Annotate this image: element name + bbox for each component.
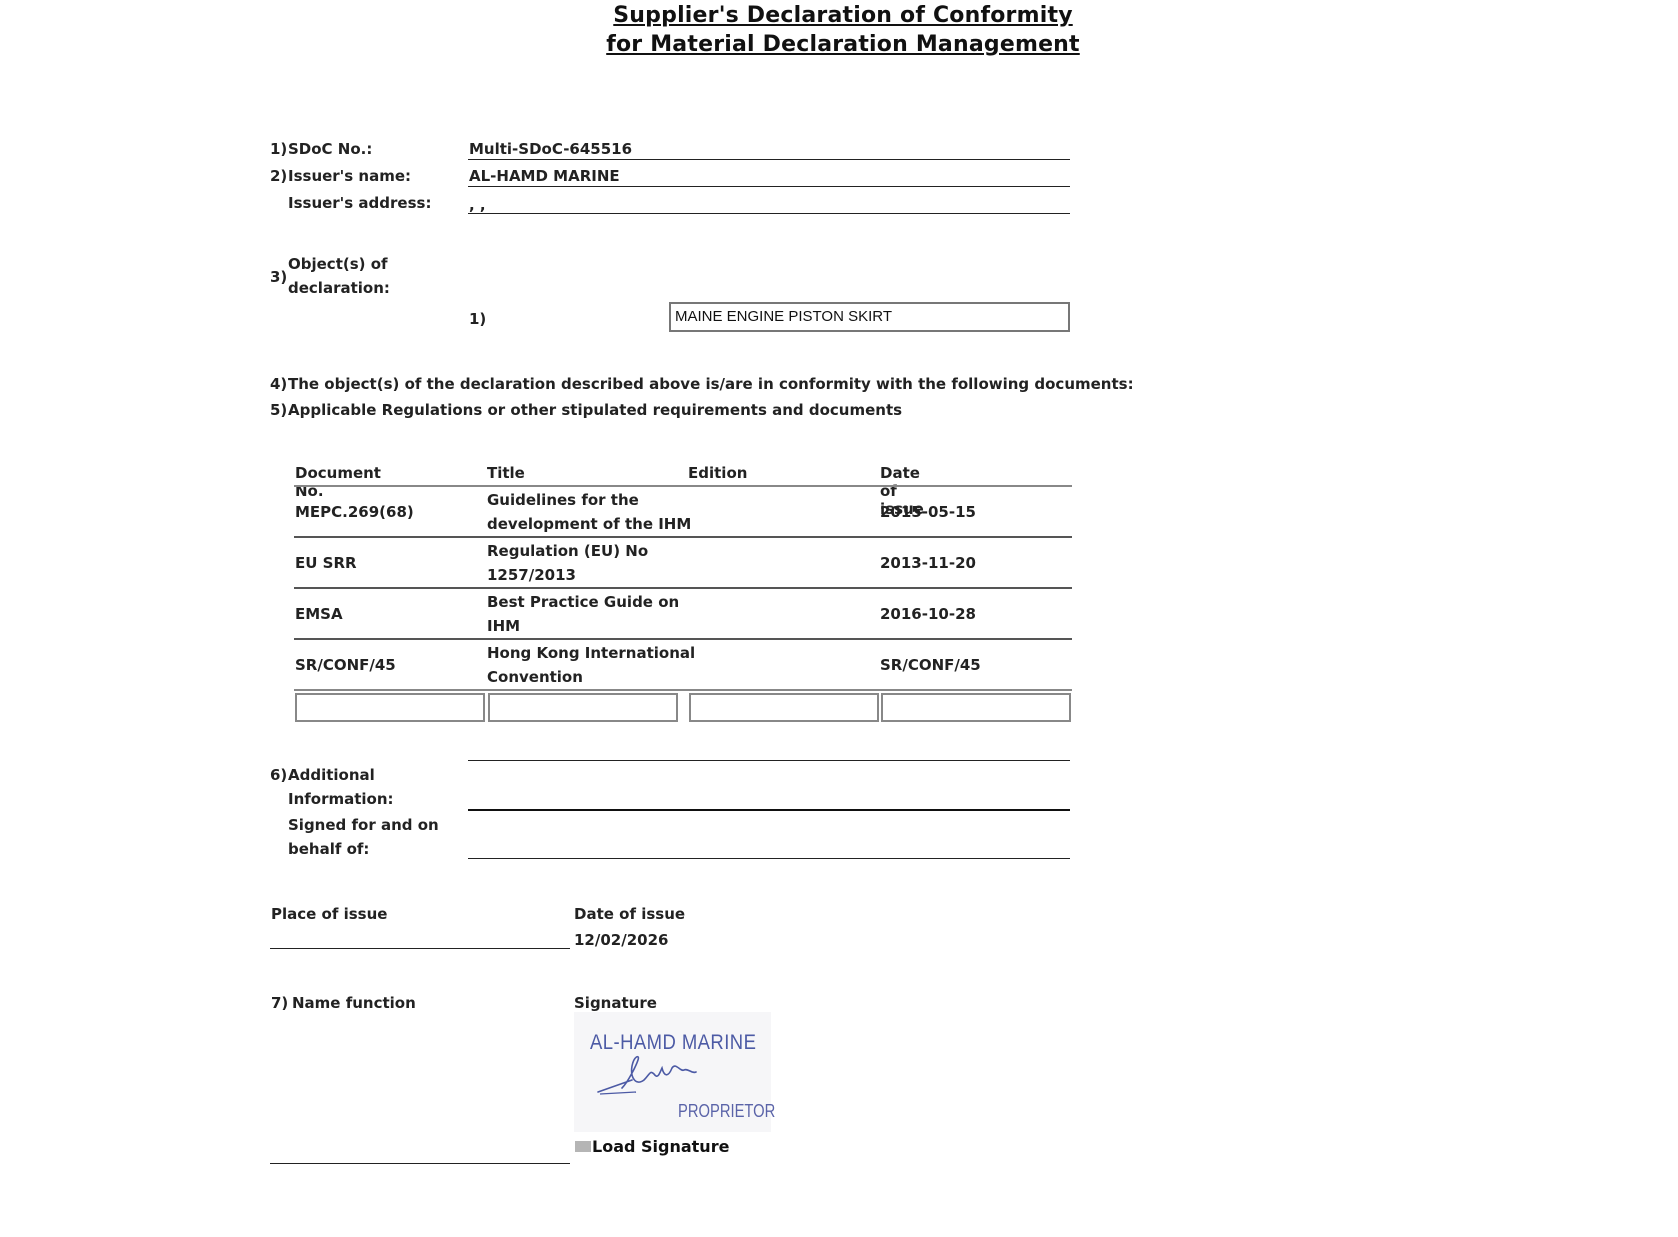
issuer-name-value: AL-HAMD MARINE (469, 167, 620, 185)
name-function-input[interactable] (270, 1020, 570, 1160)
sdoc-no-underline (468, 159, 1070, 160)
signed-behalf-label-line1: Signed for and on (288, 816, 439, 834)
new-title-input[interactable] (488, 693, 678, 722)
objects-label-line2: declaration: (288, 279, 390, 297)
cell-title-line2: 1257/2013 (487, 563, 576, 587)
place-of-issue-underline (270, 948, 570, 949)
issuer-address-value: , , (469, 196, 486, 214)
cell-date: SR/CONF/45 (880, 653, 981, 677)
additional-info-label-line1: Additional (288, 766, 375, 784)
signature-stamp-role: PROPRIETOR (678, 1101, 775, 1122)
section5-number: 5) (270, 401, 287, 419)
cell-title-line2: Convention (487, 665, 583, 689)
additional-info-underline (468, 809, 1070, 811)
cell-title-line1: Best Practice Guide on (487, 590, 679, 614)
object-index: 1) (469, 310, 486, 328)
objects-label-line1: Object(s) of (288, 255, 388, 273)
cell-date: 2016-10-28 (880, 602, 976, 626)
signed-behalf-label-line2: behalf of: (288, 840, 369, 858)
object-input[interactable]: MAINE ENGINE PISTON SKIRT (669, 302, 1070, 332)
conformity-statement: The object(s) of the declaration describ… (288, 375, 1134, 393)
applicable-regulations-heading: Applicable Regulations or other stipulat… (288, 401, 902, 419)
signature-label: Signature (574, 994, 657, 1012)
table-row: SR/CONF/45 Hong Kong International Conve… (294, 640, 1072, 690)
section4-number: 4) (270, 375, 287, 393)
cell-date: 2013-11-20 (880, 551, 976, 575)
load-signature-icon[interactable] (575, 1141, 591, 1152)
cell-title-line2: development of the IHM (487, 512, 691, 536)
date-of-issue-label: Date of issue (574, 905, 685, 923)
section2-number: 2) (270, 167, 287, 185)
place-of-issue-input[interactable] (270, 925, 570, 947)
additional-info-label-line2: Information: (288, 790, 394, 808)
cell-document-no: MEPC.269(68) (295, 500, 414, 524)
additional-info-input[interactable] (468, 763, 1070, 807)
sdoc-no-label: SDoC No.: (288, 140, 372, 158)
table-row: EMSA Best Practice Guide on IHM 2016-10-… (294, 589, 1072, 639)
cell-title-line1: Guidelines for the (487, 488, 639, 512)
issuer-name-underline (468, 186, 1070, 187)
issuer-name-label: Issuer's name: (288, 167, 411, 185)
name-function-underline (270, 1163, 570, 1164)
place-of-issue-label: Place of issue (271, 905, 387, 923)
name-function-label: Name function (292, 994, 416, 1012)
new-document-no-input[interactable] (295, 693, 485, 722)
signature-scribble-icon (592, 1052, 712, 1102)
col-header-edition: Edition (688, 464, 747, 482)
table-row: MEPC.269(68) Guidelines for the developm… (294, 487, 1072, 537)
section7-number: 7) (271, 994, 288, 1012)
cell-document-no: SR/CONF/45 (295, 653, 396, 677)
issuer-address-underline (468, 213, 1070, 214)
document-title-line2: for Material Declaration Management (0, 32, 1678, 57)
signed-behalf-underline (468, 858, 1070, 859)
cell-document-no: EU SRR (295, 551, 357, 575)
sdoc-no-value: Multi-SDoC-645516 (469, 140, 632, 158)
date-of-issue-value: 12/02/2026 (574, 931, 668, 949)
load-signature-button[interactable]: Load Signature (592, 1137, 729, 1156)
new-edition-input[interactable] (689, 693, 879, 722)
cell-title-line1: Hong Kong International (487, 641, 695, 665)
cell-title-line2: IHM (487, 614, 520, 638)
signed-behalf-input[interactable] (468, 813, 1070, 857)
new-date-input[interactable] (881, 693, 1071, 722)
section1-number: 1) (270, 140, 287, 158)
additional-info-top-rule (468, 760, 1070, 761)
cell-title-line1: Regulation (EU) No (487, 539, 648, 563)
col-header-title: Title (487, 464, 525, 482)
cell-date: 2015-05-15 (880, 500, 976, 524)
cell-document-no: EMSA (295, 602, 343, 626)
signature-image: AL-HAMD MARINE PROPRIETOR (574, 1012, 771, 1132)
document-title-line1: Supplier's Declaration of Conformity (0, 3, 1678, 28)
issuer-address-label: Issuer's address: (288, 194, 431, 212)
table-row: EU SRR Regulation (EU) No 1257/2013 2013… (294, 538, 1072, 588)
section6-number: 6) (270, 766, 287, 784)
row-divider (294, 689, 1072, 691)
section3-number: 3) (270, 268, 287, 286)
